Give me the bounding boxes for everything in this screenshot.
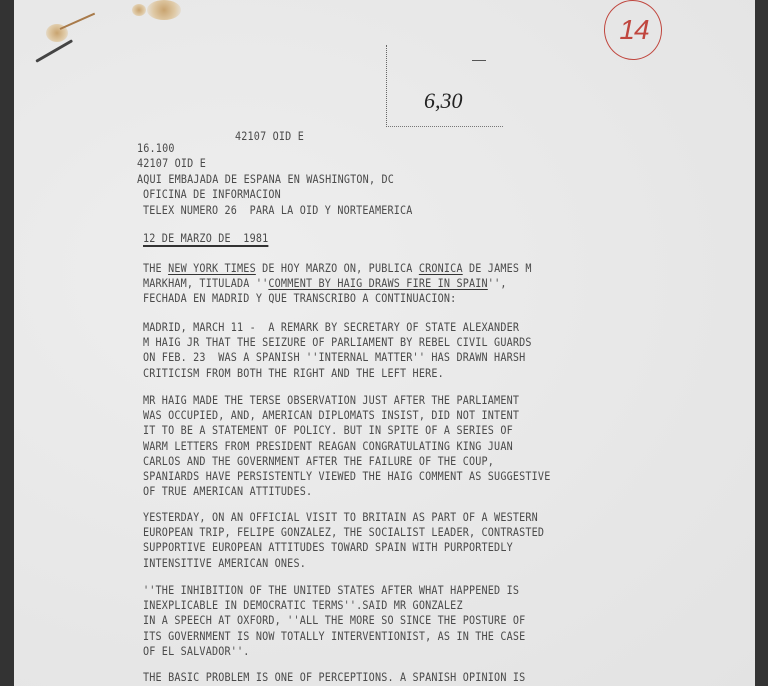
article-line: THE BASIC PROBLEM IS ONE OF PERCEPTIONS.… <box>143 670 525 685</box>
telex-sender: AQUI EMBAJADA DE ESPANA EN WASHINGTON, D… <box>137 172 394 187</box>
article-title: COMMENT BY HAIG DRAWS FIRE IN SPAIN <box>268 276 487 290</box>
intro-text: THE <box>143 261 168 275</box>
article-line: YESTERDAY, ON AN OFFICIAL VISIT TO BRITA… <box>143 510 538 525</box>
article-line: M HAIG JR THAT THE SEIZURE OF PARLIAMENT… <box>143 335 532 350</box>
article-line: EUROPEAN TRIP, FELIPE GONZALEZ, THE SOCI… <box>143 525 544 540</box>
telex-date: 12 DE MARZO DE 1981 <box>143 231 268 246</box>
article-line: IT TO BE A STATEMENT OF POLICY. BUT IN S… <box>143 423 513 438</box>
newspaper-name: NEW YORK TIMES <box>168 261 256 275</box>
handwritten-note: 6,30 <box>424 88 463 114</box>
article-line: MR HAIG MADE THE TERSE OBSERVATION JUST … <box>143 393 519 408</box>
article-line: WARM LETTERS FROM PRESIDENT REAGAN CONGR… <box>143 439 513 454</box>
telex-line: 42107 OID E <box>137 156 206 171</box>
article-line: OF TRUE AMERICAN ATTITUDES. <box>143 484 312 499</box>
stamp-box-edge <box>386 45 387 127</box>
article-line: ''THE INHIBITION OF THE UNITED STATES AF… <box>143 583 519 598</box>
article-line: WAS OCCUPIED, AND, AMERICAN DIPLOMATS IN… <box>143 408 519 423</box>
intro-text: MARKHAM, TITULADA '' <box>143 276 268 290</box>
article-line: SUPPORTIVE EUROPEAN ATTITUDES TOWARD SPA… <box>143 540 513 555</box>
article-line: SPANIARDS HAVE PERSISTENTLY VIEWED THE H… <box>143 469 550 484</box>
article-line: ITS GOVERNMENT IS NOW TOTALLY INTERVENTI… <box>143 629 525 644</box>
article-line: IN A SPEECH AT OXFORD, ''ALL THE MORE SO… <box>143 613 525 628</box>
telex-office: OFICINA DE INFORMACION <box>143 187 281 202</box>
page-number: 14 <box>614 14 654 46</box>
coffee-stain <box>147 0 181 20</box>
article-line: CRITICISM FROM BOTH THE RIGHT AND THE LE… <box>143 366 444 381</box>
stamp-mark <box>472 60 486 61</box>
article-line: ON FEB. 23 WAS A SPANISH ''INTERNAL MATT… <box>143 350 525 365</box>
scan-border-left <box>0 0 14 686</box>
intro-line-2: MARKHAM, TITULADA ''COMMENT BY HAIG DRAW… <box>143 276 507 291</box>
intro-text: DE JAMES M <box>463 261 532 275</box>
intro-line-3: FECHADA EN MADRID Y QUE TRANSCRIBO A CON… <box>143 291 456 306</box>
coffee-stain <box>132 4 146 16</box>
article-line: MADRID, MARCH 11 - A REMARK BY SECRETARY… <box>143 320 519 335</box>
intro-line-1: THE NEW YORK TIMES DE HOY MARZO ON, PUBL… <box>143 261 532 276</box>
cronica-word: CRONICA <box>419 261 463 275</box>
scan-border-right <box>755 0 768 686</box>
stamp-box-edge <box>388 126 503 127</box>
article-line: CARLOS AND THE GOVERNMENT AFTER THE FAIL… <box>143 454 494 469</box>
article-line: INTENSITIVE AMERICAN ONES. <box>143 556 306 571</box>
telex-line: 16.100 <box>137 141 175 156</box>
article-line: INEXPLICABLE IN DEMOCRATIC TERMS''.SAID … <box>143 598 463 613</box>
telex-top-code: 42107 OID E <box>235 129 304 144</box>
intro-text: '', <box>488 276 507 290</box>
telex-number: TELEX NUMERO 26 PARA LA OID Y NORTEAMERI… <box>143 203 413 218</box>
article-line: OF EL SALVADOR''. <box>143 644 250 659</box>
intro-text: DE HOY MARZO ON, PUBLICA <box>256 261 419 275</box>
